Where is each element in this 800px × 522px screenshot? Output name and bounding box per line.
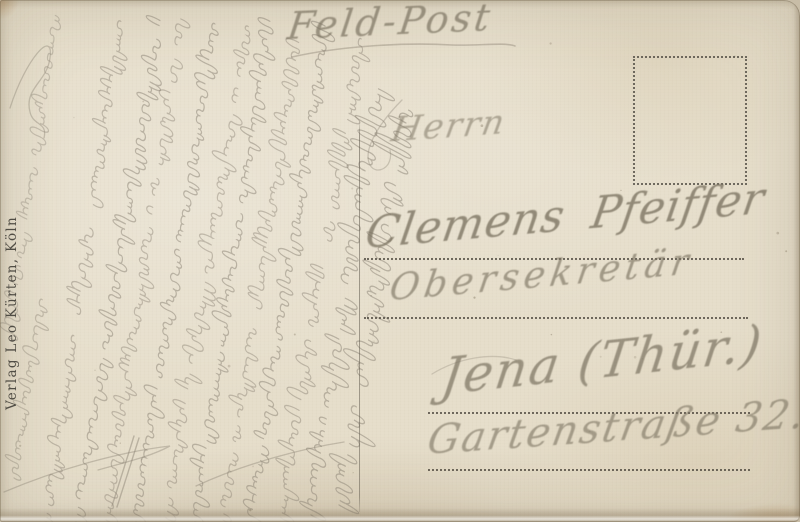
postcard-back: Feld-Post Verlag Leo Kürten, Köln Herrn … xyxy=(0,0,800,522)
address-rule-2 xyxy=(364,317,748,319)
address-salutation: Herrn xyxy=(388,102,509,151)
address-rule-4 xyxy=(428,469,750,471)
address-street: Gartenstraße 32. xyxy=(424,391,800,464)
right-edge-shading xyxy=(793,0,800,522)
address-city: Jena (Thür.) xyxy=(438,314,767,407)
feldpost-header: Feld-Post xyxy=(285,0,495,48)
bottom-edge-shadow xyxy=(0,508,800,522)
stamp-box xyxy=(633,56,747,185)
publisher-imprint: Verlag Leo Kürten, Köln xyxy=(4,148,26,410)
address-name: Clemens Pfeiffer xyxy=(362,173,769,260)
divider-line xyxy=(359,120,360,512)
